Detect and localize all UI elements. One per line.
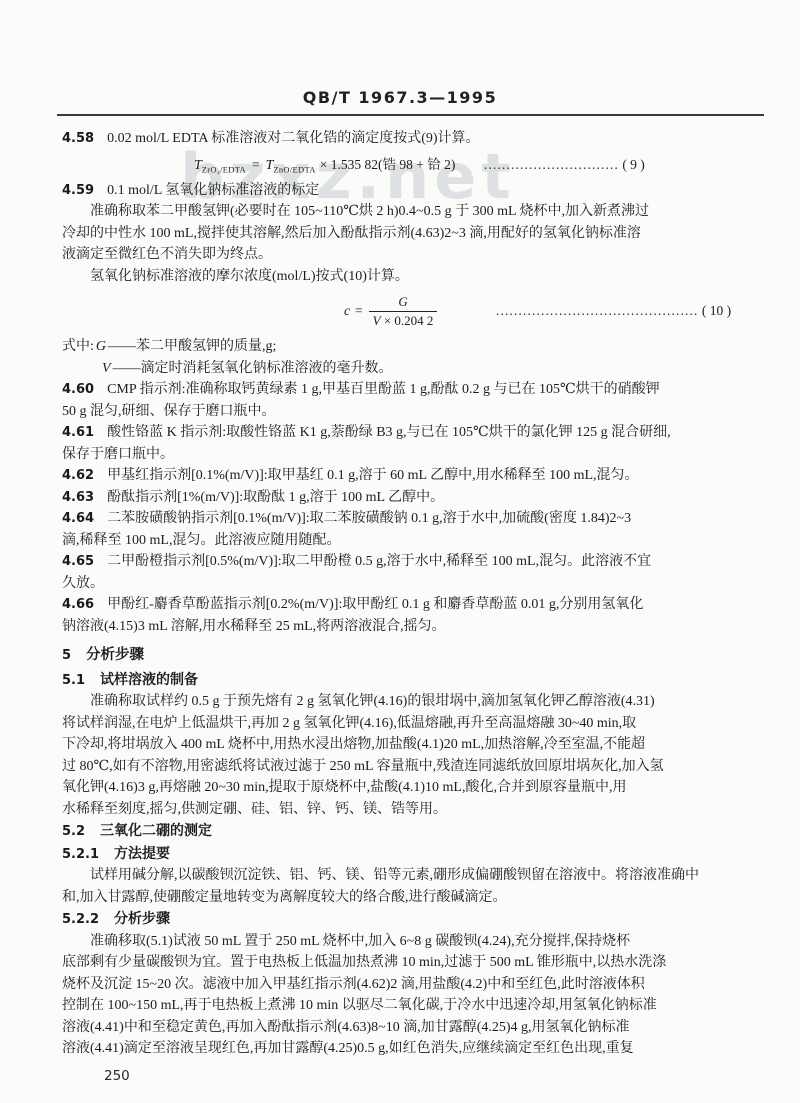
section-heading: 5.2.1方法提要 <box>62 844 744 866</box>
section-heading: 5.1试样溶液的制备 <box>62 670 744 692</box>
line-text: CMP 指示剂:准确称取钙黄绿素 1 g,甲基百里酚蓝 1 g,酚酞 0.2 g… <box>107 382 660 397</box>
text-line: 4.60CMP 指示剂:准确称取钙黄绿素 1 g,甲基百里酚蓝 1 g,酚酞 0… <box>62 379 744 401</box>
text-line: 式中:G——苯二甲酸氢钾的质量,g; <box>62 336 744 358</box>
line-text: 试样溶液的制备 <box>100 673 198 688</box>
variable-symbol: V <box>100 361 113 376</box>
text-line: 4.590.1 mol/L 氢氧化钠标准溶液的标定 <box>62 180 744 202</box>
clause-number: 4.60 <box>62 379 94 401</box>
line-text: 溶液(4.41)滴定至溶液呈现红色,再加甘露醇(4.25)0.5 g,如红色消失… <box>62 1041 634 1056</box>
line-text: 保存于磨口瓶中。 <box>62 447 174 462</box>
line-text: 液滴定至微红色不消失即为终点。 <box>62 247 272 262</box>
line-text: 钠溶液(4.15)3 mL 溶解,用水稀释至 25 mL,将两溶液混合,摇匀。 <box>62 619 446 634</box>
variable-symbol: G <box>94 339 108 354</box>
equals-sign: = <box>355 300 363 322</box>
text-line: 氧化钾(4.16)3 g,再熔融 20~30 min,提取于原烧杯中,盐酸(4.… <box>62 777 744 799</box>
equation-rhs-subscript: ZnO/EDTA <box>273 164 315 174</box>
variable-description: ——滴定时消耗氢氧化钠标准溶液的毫升数。 <box>113 361 393 376</box>
text-line: 4.66甲酚红-麝香草酚蓝指示剂[0.2%(m/V)]:取甲酚红 0.1 g 和… <box>62 594 744 616</box>
equation-number: ( 9 ) <box>622 157 645 172</box>
text-line: 和,加入甘露醇,使硼酸定量地转变为离解度较大的络合酸,进行酸碱滴定。 <box>62 887 744 909</box>
legend-lead: 式中: <box>62 339 94 354</box>
variable-description: ——苯二甲酸氢钾的质量,g; <box>108 339 276 354</box>
text-line: 烧杯及沉淀 15~20 次。滤液中加入甲基红指示剂(4.62)2 滴,用盐酸(4… <box>62 974 744 996</box>
text-line: 准确称取苯二甲酸氢钾(必要时在 105~110℃烘 2 h)0.4~0.5 g … <box>62 201 744 223</box>
text-line: 钠溶液(4.15)3 mL 溶解,用水稀释至 25 mL,将两溶液混合,摇匀。 <box>62 616 744 638</box>
text-line: 4.62甲基红指示剂[0.1%(m/V)]:取甲基红 0.1 g,溶于 60 m… <box>62 465 744 487</box>
clause-number: 4.62 <box>62 465 94 487</box>
line-text: 甲基红指示剂[0.1%(m/V)]:取甲基红 0.1 g,溶于 60 mL 乙醇… <box>107 468 638 483</box>
equation-factor: × 1.535 82(锆 98 + 铪 2) <box>316 157 456 172</box>
line-text: 准确称取试样约 0.5 g 于预先熔有 2 g 氢氧化钾(4.16)的银坩埚中,… <box>90 694 655 709</box>
line-text: 氧化钾(4.16)3 g,再熔融 20~30 min,提取于原烧杯中,盐酸(4.… <box>62 780 626 795</box>
line-text: 分析步骤 <box>86 647 144 663</box>
clause-number: 5.2.1 <box>62 844 99 866</box>
equation-lhs-symbol: c <box>344 300 355 322</box>
clause-number: 4.64 <box>62 508 94 530</box>
equation-9: TZrO₂/EDTA=TZnO/EDTA× 1.535 82(锆 98 + 铪 … <box>194 152 744 177</box>
clause-number: 5.2.2 <box>62 909 99 931</box>
line-text: 甲酚红-麝香草酚蓝指示剂[0.2%(m/V)]:取甲酚红 0.1 g 和麝香草酚… <box>107 597 643 612</box>
text-line: 50 g 混匀,研细、保存于磨口瓶中。 <box>62 401 744 423</box>
text-line: 4.65二甲酚橙指示剂[0.5%(m/V)]:取二甲酚橙 0.5 g,溶于水中,… <box>62 551 744 573</box>
text-line: 溶液(4.41)滴定至溶液呈现红色,再加甘露醇(4.25)0.5 g,如红色消失… <box>62 1038 744 1060</box>
equals-sign: = <box>246 157 266 172</box>
line-text: 控制在 100~150 mL,再于电热板上煮沸 10 min 以驱尽二氧化碳,于… <box>62 998 657 1013</box>
equation-lhs-symbol: T <box>194 158 202 173</box>
fraction-numerator: G <box>369 293 438 312</box>
fraction: G V × 0.204 2 <box>369 293 438 329</box>
line-text: 将试样润湿,在电炉上低温烘干,再加 2 g 氢氧化钾(4.16),低温熔融,再升… <box>62 716 636 731</box>
content: 4.580.02 mol/L EDTA 标准溶液对二氧化锆的滴定度按式(9)计算… <box>62 128 744 1060</box>
line-text: 方法提要 <box>114 847 170 862</box>
text-line: 4.61酸性铬蓝 K 指示剂:取酸性铬蓝 K1 g,萘酚绿 B3 g,与已在 1… <box>62 422 744 444</box>
line-text: 分析步骤 <box>114 912 170 927</box>
line-text: 水稀释至刻度,摇匀,供测定硼、硅、铝、锌、钙、镁、锆等用。 <box>62 802 447 817</box>
denominator-constant: × 0.204 2 <box>381 313 434 328</box>
text-line: 底部剩有少量碳酸钡为宜。置于电热板上低温加热煮沸 10 min,过滤于 500 … <box>62 952 744 974</box>
line-text: 0.1 mol/L 氢氧化钠标准溶液的标定 <box>107 183 319 198</box>
line-text: 和,加入甘露醇,使硼酸定量地转变为离解度较大的络合酸,进行酸碱滴定。 <box>62 890 507 905</box>
line-text: 试样用碱分解,以碳酸钡沉淀铁、铝、钙、镁、铅等元素,硼形成偏硼酸钡留在溶液中。将… <box>90 868 699 883</box>
section-heading: 5.2三氧化二硼的测定 <box>62 821 744 843</box>
clause-number: 5 <box>62 645 71 667</box>
document-page: { "header": { "standard_code": "QB/T 196… <box>0 0 800 1103</box>
line-text: 过 80℃,如有不溶物,用密滤纸将试液过滤于 250 mL 容量瓶中,残渣连同滤… <box>62 759 664 774</box>
text-line: V——滴定时消耗氢氧化钠标准溶液的毫升数。 <box>62 358 744 380</box>
text-line: 4.580.02 mol/L EDTA 标准溶液对二氧化锆的滴定度按式(9)计算… <box>62 128 744 150</box>
equation-10: c = G V × 0.204 2 ……………………………………… ( 10 ) <box>344 290 744 332</box>
text-line: 将试样润湿,在电炉上低温烘干,再加 2 g 氢氧化钾(4.16),低温熔融,再升… <box>62 713 744 735</box>
header-rule <box>57 114 764 116</box>
line-text: 下冷却,将坩埚放入 400 mL 烧杯中,用热水浸出熔物,加盐酸(4.1)20 … <box>62 737 645 752</box>
text-line: 液滴定至微红色不消失即为终点。 <box>62 244 744 266</box>
text-line: 下冷却,将坩埚放入 400 mL 烧杯中,用热水浸出熔物,加盐酸(4.1)20 … <box>62 734 744 756</box>
text-line: 准确移取(5.1)试液 50 mL 置于 250 mL 烧杯中,加入 6~8 g… <box>62 931 744 953</box>
text-line: 氢氧化钠标准溶液的摩尔浓度(mol/L)按式(10)计算。 <box>62 266 744 288</box>
clause-number: 5.2 <box>62 821 85 843</box>
text-line: 准确称取试样约 0.5 g 于预先熔有 2 g 氢氧化钾(4.16)的银坩埚中,… <box>62 691 744 713</box>
line-text: 准确称取苯二甲酸氢钾(必要时在 105~110℃烘 2 h)0.4~0.5 g … <box>90 204 649 219</box>
text-line: 水稀释至刻度,摇匀,供测定硼、硅、铝、锌、钙、镁、锆等用。 <box>62 799 744 821</box>
line-text: 久放。 <box>62 576 104 591</box>
clause-number: 4.58 <box>62 128 94 150</box>
section-heading: 5分析步骤 <box>62 645 744 667</box>
fraction-denominator: V × 0.204 2 <box>369 312 438 329</box>
line-text: 滴,稀释至 100 mL,混匀。此溶液应随用随配。 <box>62 533 340 548</box>
line-text: 准确移取(5.1)试液 50 mL 置于 250 mL 烧杯中,加入 6~8 g… <box>90 934 630 949</box>
line-text: 烧杯及沉淀 15~20 次。滤液中加入甲基红指示剂(4.62)2 滴,用盐酸(4… <box>62 977 645 992</box>
dot-leader: ………………………… <box>483 157 618 172</box>
text-line: 久放。 <box>62 573 744 595</box>
text-line: 过 80℃,如有不溶物,用密滤纸将试液过滤于 250 mL 容量瓶中,残渣连同滤… <box>62 756 744 778</box>
text-line: 4.64二苯胺磺酸钠指示剂[0.1%(m/V)]:取二苯胺磺酸钠 0.1 g,溶… <box>62 508 744 530</box>
line-text: 二苯胺磺酸钠指示剂[0.1%(m/V)]:取二苯胺磺酸钠 0.1 g,溶于水中,… <box>107 511 631 526</box>
text-line: 控制在 100~150 mL,再于电热板上煮沸 10 min 以驱尽二氧化碳,于… <box>62 995 744 1017</box>
line-text: 冷却的中性水 100 mL,搅拌使其溶解,然后加入酚酞指示剂(4.63)2~3 … <box>62 226 641 241</box>
text-line: 4.63酚酞指示剂[1%(m/V)]:取酚酞 1 g,溶于 100 mL 乙醇中… <box>62 487 744 509</box>
equation-number: ( 10 ) <box>702 300 731 322</box>
denominator-variable: V <box>373 313 381 328</box>
section-heading: 5.2.2分析步骤 <box>62 909 744 931</box>
line-text: 氢氧化钠标准溶液的摩尔浓度(mol/L)按式(10)计算。 <box>90 269 409 284</box>
line-text: 酸性铬蓝 K 指示剂:取酸性铬蓝 K1 g,萘酚绿 B3 g,与已在 105℃烘… <box>107 425 671 440</box>
line-text: 二甲酚橙指示剂[0.5%(m/V)]:取二甲酚橙 0.5 g,溶于水中,稀释至 … <box>107 554 651 569</box>
page-number: 250 <box>104 1068 800 1084</box>
text-line: 试样用碱分解,以碳酸钡沉淀铁、铝、钙、镁、铅等元素,硼形成偏硼酸钡留在溶液中。将… <box>62 865 744 887</box>
text-line: 滴,稀释至 100 mL,混匀。此溶液应随用随配。 <box>62 530 744 552</box>
clause-number: 4.63 <box>62 487 94 509</box>
line-text: 三氧化二硼的测定 <box>100 824 212 839</box>
clause-number: 4.65 <box>62 551 94 573</box>
line-text: 50 g 混匀,研细、保存于磨口瓶中。 <box>62 404 276 419</box>
clause-number: 4.66 <box>62 594 94 616</box>
text-line: 保存于磨口瓶中。 <box>62 444 744 466</box>
standard-code-header: QB/T 1967.3—1995 <box>0 0 800 107</box>
equation-lhs-subscript: ZrO₂/EDTA <box>202 164 246 174</box>
text-line: 冷却的中性水 100 mL,搅拌使其溶解,然后加入酚酞指示剂(4.63)2~3 … <box>62 223 744 245</box>
line-text: 酚酞指示剂[1%(m/V)]:取酚酞 1 g,溶于 100 mL 乙醇中。 <box>107 490 444 505</box>
clause-number: 4.59 <box>62 180 94 202</box>
line-text: 0.02 mol/L EDTA 标准溶液对二氧化锆的滴定度按式(9)计算。 <box>107 131 479 146</box>
line-text: 溶液(4.41)中和至稳定黄色,再加入酚酞指示剂(4.63)8~10 滴,加甘露… <box>62 1020 630 1035</box>
dot-leader: ……………………………………… <box>495 300 698 322</box>
clause-number: 4.61 <box>62 422 94 444</box>
clause-number: 5.1 <box>62 670 85 692</box>
line-text: 底部剩有少量碳酸钡为宜。置于电热板上低温加热煮沸 10 min,过滤于 500 … <box>62 955 666 970</box>
text-line: 溶液(4.41)中和至稳定黄色,再加入酚酞指示剂(4.63)8~10 滴,加甘露… <box>62 1017 744 1039</box>
